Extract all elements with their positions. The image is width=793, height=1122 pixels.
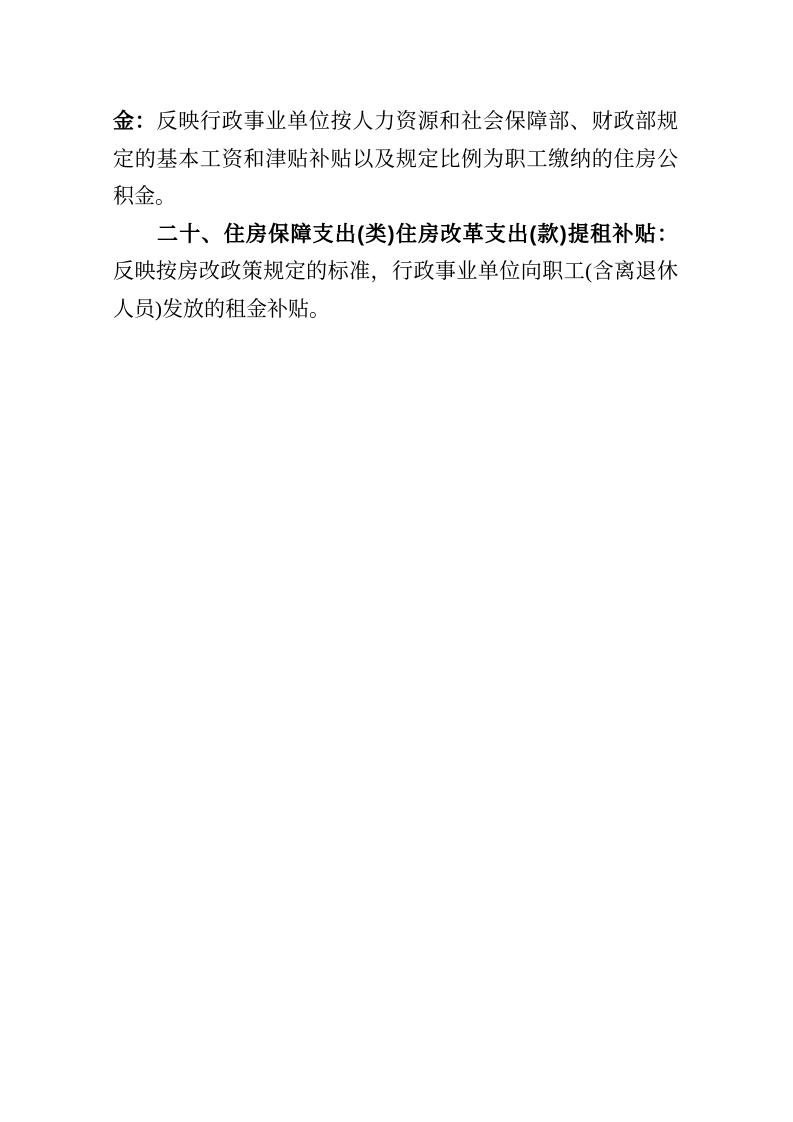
paragraph-housing-fund-line-2: 定的基本工资和津贴补贴以及规定比例为职工缴纳的住房公 (113, 141, 678, 179)
paragraph-rent-subsidy-line-3: 人员)发放的租金补贴。 (113, 291, 678, 329)
paragraph-housing-fund-line-1-text: 反映行政事业单位按人力资源和社会保障部、财政部规 (157, 109, 678, 133)
document-page: 金：反映行政事业单位按人力资源和社会保障部、财政部规 定的基本工资和津贴补贴以及… (0, 0, 793, 1122)
paragraph-housing-fund-lead-bold: 金： (113, 110, 157, 133)
section-heading-rent-subsidy: 二十、住房保障支出(类)住房改革支出(款)提租补贴： (113, 216, 678, 254)
section-heading-rent-subsidy-text: 二十、住房保障支出(类)住房改革支出(款)提租补贴： (157, 223, 678, 246)
paragraph-housing-fund-line-3: 积金。 (113, 178, 678, 216)
paragraph-housing-fund-line-1: 金：反映行政事业单位按人力资源和社会保障部、财政部规 (113, 103, 678, 141)
document-text-block: 金：反映行政事业单位按人力资源和社会保障部、财政部规 定的基本工资和津贴补贴以及… (113, 103, 678, 328)
paragraph-rent-subsidy-line-2: 反映按房改政策规定的标准，行政事业单位向职工(含离退休 (113, 253, 678, 291)
